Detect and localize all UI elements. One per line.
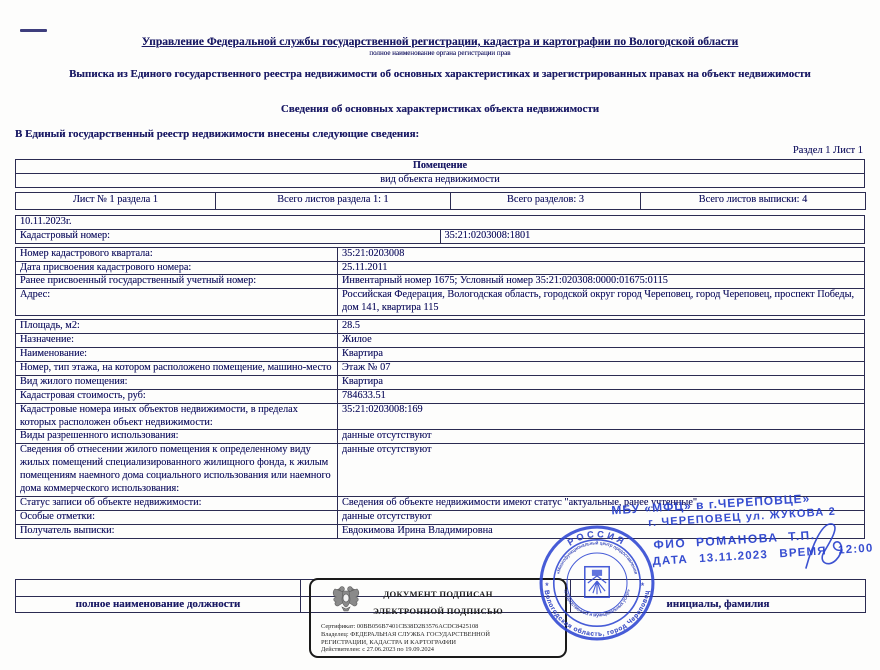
table-row: Сведения об отнесении жилого помещения к… <box>16 444 865 497</box>
table-row: Виды разрешенного использования:данные о… <box>16 430 865 444</box>
row-label: Наименование: <box>16 347 338 361</box>
corner-dash <box>20 29 47 32</box>
object-type-value: Помещение <box>16 160 865 174</box>
object-type-table: Помещение вид объекта недвижимости <box>15 159 865 188</box>
date-cell: 10.11.2023г. <box>16 215 865 229</box>
document-title: Выписка из Единого государственного реес… <box>15 68 865 80</box>
sheet-info-cell: Всего листов раздела 1: 1 <box>216 192 451 209</box>
row-value: 35:21:0203008:169 <box>338 403 865 430</box>
sheet-info-table: Лист № 1 раздела 1 Всего листов раздела … <box>15 192 866 210</box>
intro-line: В Единый государственный реестр недвижим… <box>15 128 865 140</box>
row-value: 25.11.2011 <box>338 261 865 275</box>
certificate-info: Сертификат: 00BB056B7401CB38D2B3576ACDC8… <box>311 623 565 654</box>
table-row: 10.11.2023г. <box>16 215 865 229</box>
table-row: Адрес:Российская Федерация, Вологодская … <box>16 289 865 316</box>
table-row: Номер кадастрового квартала:35:21:020300… <box>16 247 865 261</box>
table-row: Дата присвоения кадастрового номера:25.1… <box>16 261 865 275</box>
object-type-caption: вид объекта недвижимости <box>16 173 865 187</box>
authority-name: Управление Федеральной службы государств… <box>15 36 865 48</box>
electronic-signature-box: ДОКУМЕНТ ПОДПИСАН ЭЛЕКТРОННОЙ ПОДПИСЬЮ С… <box>309 578 567 658</box>
signature-line-cell <box>16 579 301 596</box>
row-value: Квартира <box>338 347 865 361</box>
seal-star-left: * <box>545 581 549 591</box>
row-value: 784633.51 <box>338 389 865 403</box>
document-subtitle: Сведения об основных характеристиках объ… <box>15 103 865 115</box>
seal-star-right: * <box>641 581 645 591</box>
row-value: Жилое <box>338 334 865 348</box>
certificate-number: Сертификат: 00BB056B7401CB38D2B3576ACDC8… <box>321 623 565 631</box>
document-page: Управление Федеральной службы государств… <box>0 0 880 670</box>
mfc-round-seal: РОССИЯ Вологодская область, город Черепо… <box>538 524 656 642</box>
row-label: Статус записи об объекте недвижимости: <box>16 496 338 510</box>
table-row: Кадастровая стоимость, руб:784633.51 <box>16 389 865 403</box>
row-label: Получатель выписки: <box>16 524 338 538</box>
table-row: Кадастровый номер:35:21:0203008:1801 <box>16 229 865 243</box>
table-row: Ранее присвоенный государственный учетны… <box>16 275 865 289</box>
row-label: Адрес: <box>16 289 338 316</box>
seal-inner-top-text: «Многофункциональный центр предоставлени… <box>555 539 638 575</box>
row-value: данные отсутствуют <box>338 430 865 444</box>
row-label: Номер кадастрового квартала: <box>16 247 338 261</box>
certificate-owner: Владелец: ФЕДЕРАЛЬНАЯ СЛУЖБА ГОСУДАРСТВЕ… <box>321 631 565 639</box>
table-row: Номер, тип этажа, на котором расположено… <box>16 361 865 375</box>
svg-text:«Многофункциональный центр пре: «Многофункциональный центр предоставлени… <box>555 539 638 575</box>
row-label: Виды разрешенного использования: <box>16 430 338 444</box>
main-table-part1: 10.11.2023г. Кадастровый номер:35:21:020… <box>15 215 865 244</box>
row-label: Назначение: <box>16 334 338 348</box>
table-row: Помещение <box>16 160 865 174</box>
sheet-info-cell: Всего разделов: 3 <box>451 192 641 209</box>
row-value: Квартира <box>338 375 865 389</box>
table-row: Вид жилого помещения:Квартира <box>16 375 865 389</box>
row-label: Вид жилого помещения: <box>16 375 338 389</box>
row-value: 28.5 <box>338 320 865 334</box>
certificate-validity: Действителен: с 27.06.2023 по 19.09.2024 <box>321 646 565 654</box>
row-value: Инвентарный номер 1675; Условный номер 3… <box>338 275 865 289</box>
handwritten-signature <box>798 516 860 580</box>
row-label: Дата присвоения кадастрового номера: <box>16 261 338 275</box>
row-label: Сведения об отнесении жилого помещения к… <box>16 444 338 497</box>
table-row: Кадастровые номера иных объектов недвижи… <box>16 403 865 430</box>
row-label: Кадастровые номера иных объектов недвижи… <box>16 403 338 430</box>
sheet-info-cell: Всего листов выписки: 4 <box>641 192 866 209</box>
row-label: Кадастровая стоимость, руб: <box>16 389 338 403</box>
table-row: вид объекта недвижимости <box>16 173 865 187</box>
sheet-info-cell: Лист № 1 раздела 1 <box>16 192 216 209</box>
table-row: Назначение:Жилое <box>16 334 865 348</box>
table-row: Лист № 1 раздела 1 Всего листов раздела … <box>16 192 866 209</box>
main-table-part2: Номер кадастрового квартала:35:21:020300… <box>15 247 865 317</box>
row-label: Площадь, м2: <box>16 320 338 334</box>
authority-note: полное наименование органа регистрации п… <box>15 49 865 57</box>
seal-center-crest <box>585 567 609 598</box>
row-label: Ранее присвоенный государственный учетны… <box>16 275 338 289</box>
position-caption: полное наименование должности <box>16 596 301 612</box>
double-headed-eagle-icon <box>331 583 361 613</box>
row-value: Российская Федерация, Вологодская област… <box>338 289 865 316</box>
section-sheet-label: Раздел 1 Лист 1 <box>15 145 865 156</box>
row-label: Кадастровый номер: <box>16 229 441 243</box>
row-label: Номер, тип этажа, на котором расположено… <box>16 361 338 375</box>
row-value: 35:21:0203008:1801 <box>440 229 865 243</box>
row-value: 35:21:0203008 <box>338 247 865 261</box>
table-row: Площадь, м2:28.5 <box>16 320 865 334</box>
row-value: Этаж № 07 <box>338 361 865 375</box>
table-row: Наименование:Квартира <box>16 347 865 361</box>
certificate-owner2: РЕГИСТРАЦИИ, КАДАСТРА И КАРТОГРАФИИ <box>321 639 565 647</box>
row-value: данные отсутствуют <box>338 444 865 497</box>
row-label: Особые отметки: <box>16 510 338 524</box>
